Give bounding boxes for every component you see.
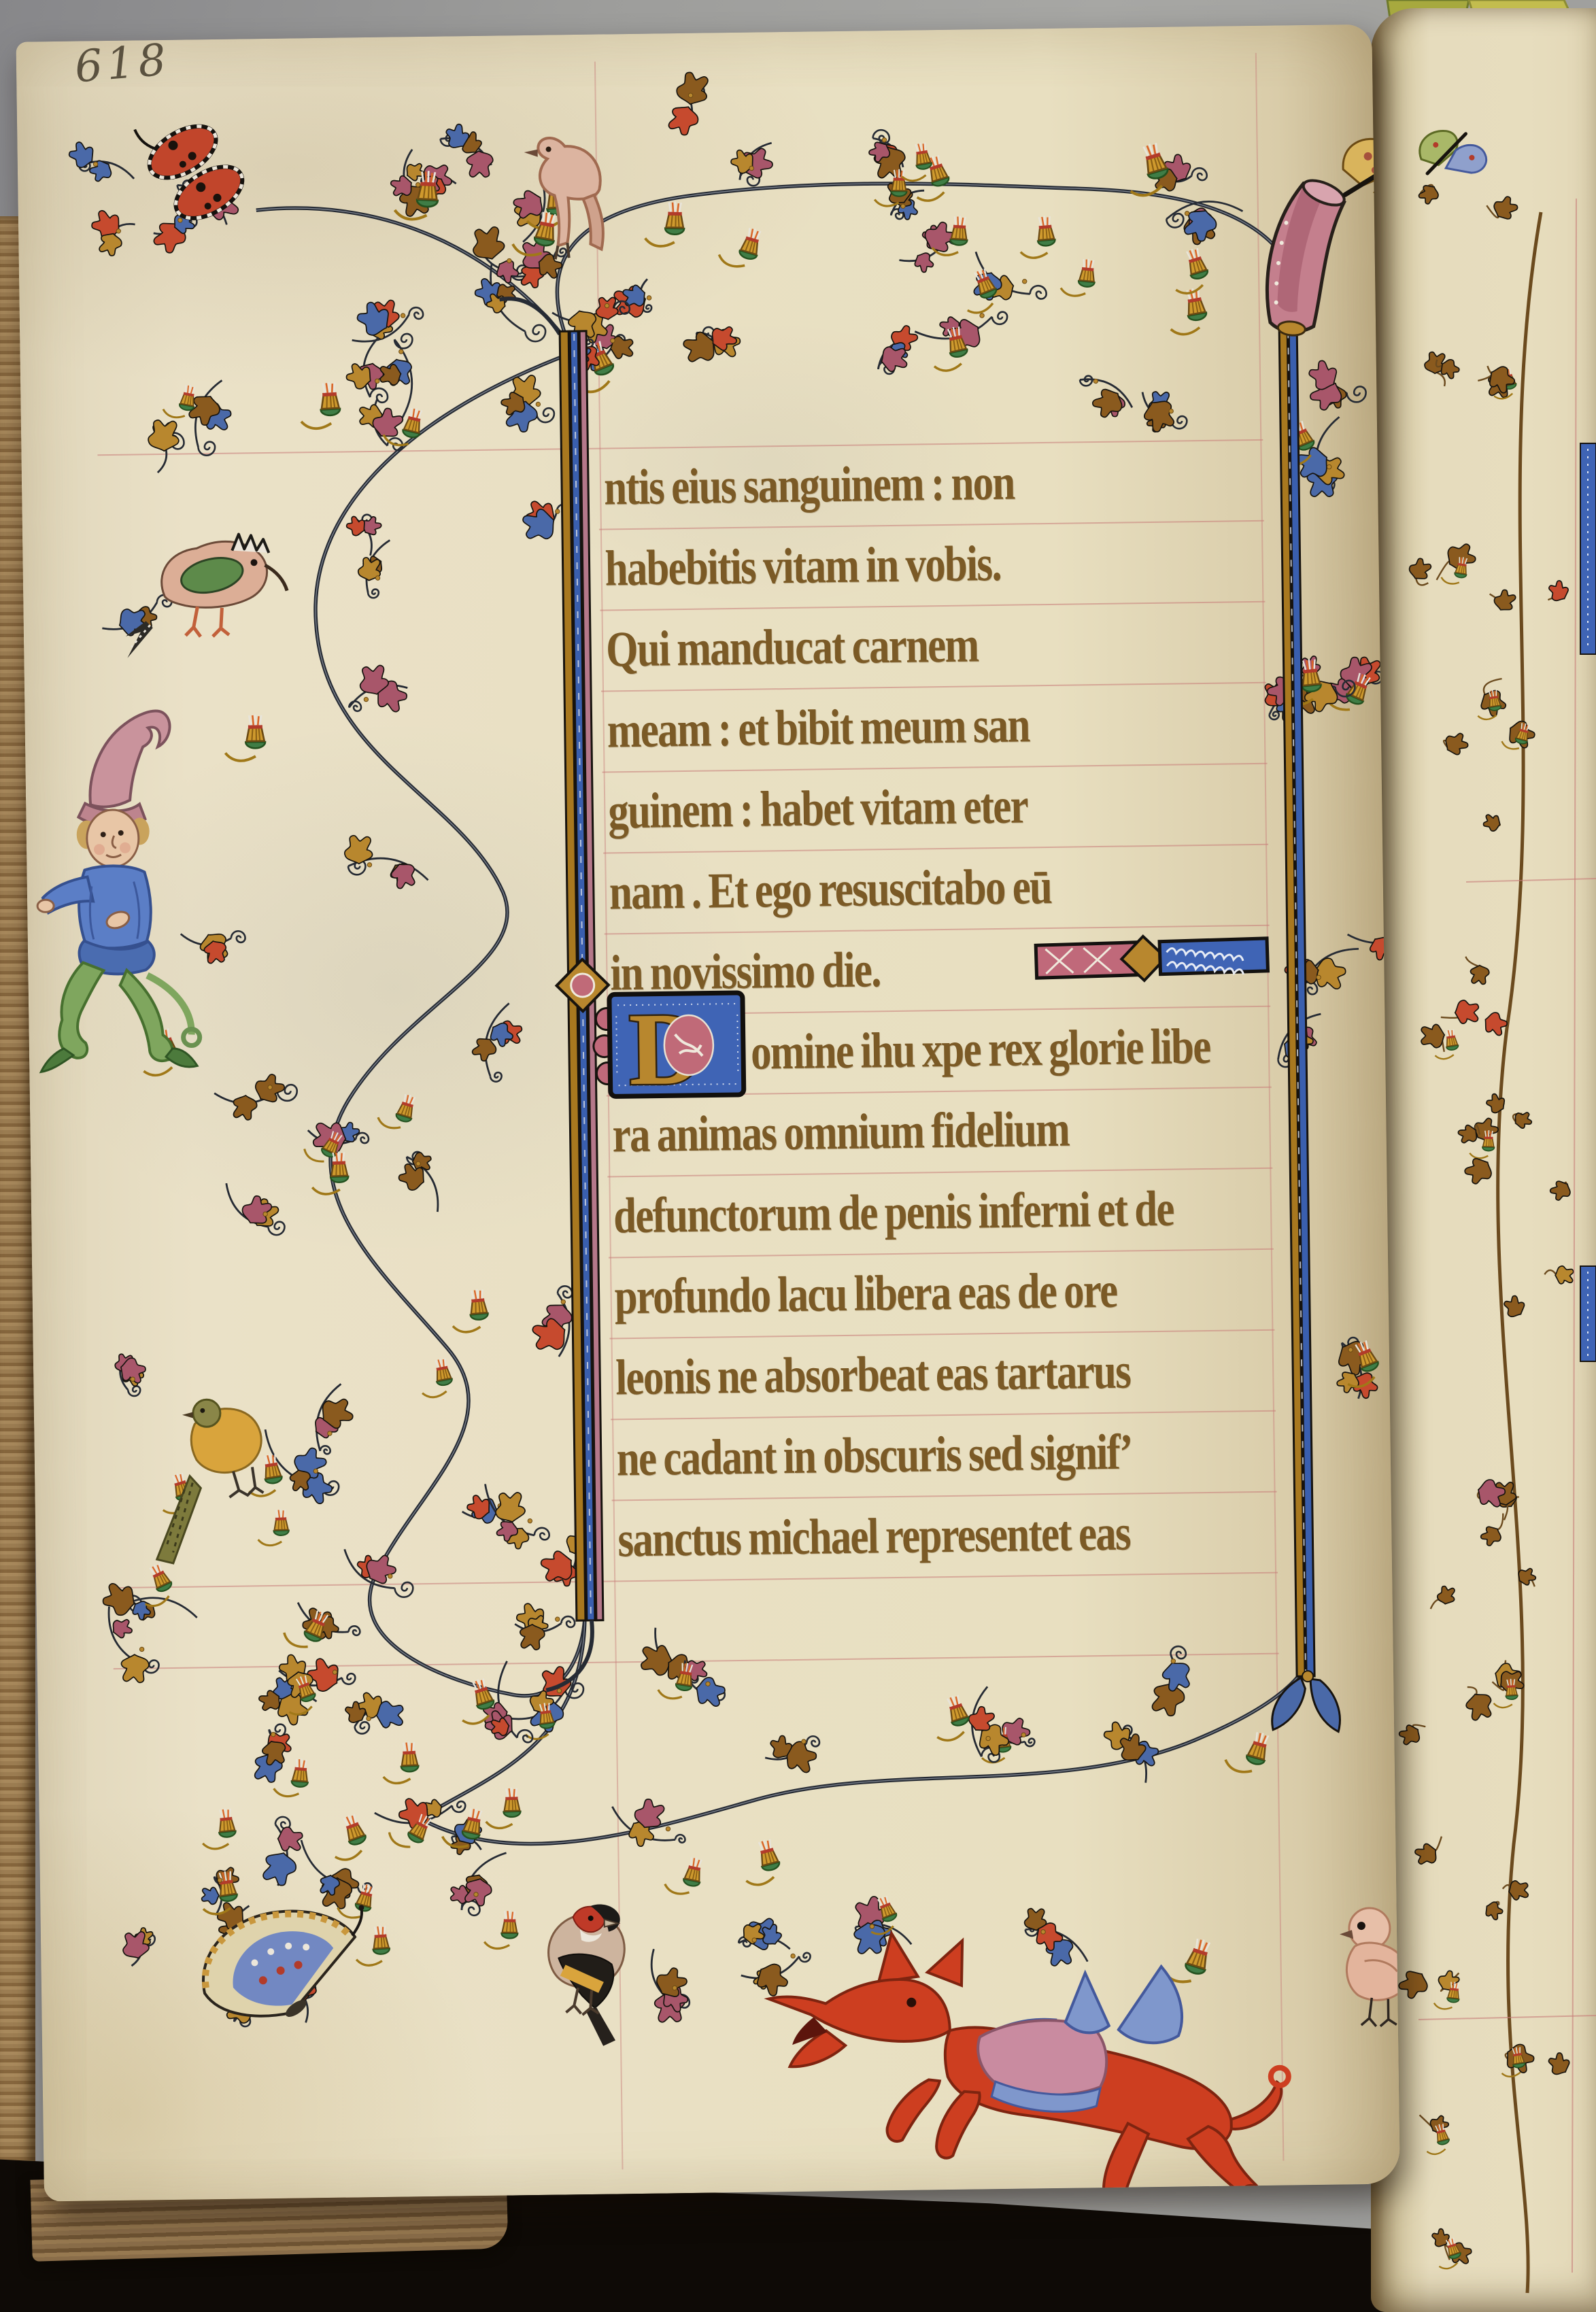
manuscript-page: D 618 ntis eius sanguinem : non habebiti… xyxy=(16,24,1399,2202)
text-line: profundo lacu libera eas de ore xyxy=(614,1248,1278,1338)
butterfly-facing-page-icon xyxy=(1417,125,1488,180)
text-line: ntis eius sanguinem : non xyxy=(603,439,1268,529)
facing-page xyxy=(1371,8,1596,2312)
text-line: defunctorum de penis inferni et de xyxy=(613,1168,1277,1257)
text-line: leonis ne absorbeat eas tartarus xyxy=(615,1329,1279,1419)
text-line: omine ihu xpe rex glorie libe xyxy=(611,1004,1414,1095)
text-line: ne cadant in obscuris sed signifʼ xyxy=(616,1410,1280,1500)
facing-page-ornament xyxy=(1371,8,1596,2312)
text-line: guinem : habet vitam eter xyxy=(608,763,1272,853)
text-line: in novissimo die. xyxy=(610,925,1274,1015)
text-line: meam : et bibit meum san xyxy=(607,682,1271,772)
text-line: ra animas omnium fidelium xyxy=(612,1087,1276,1176)
photograph-backdrop: D 618 ntis eius sanguinem : non habebiti… xyxy=(0,0,1596,2312)
text-line: Qui manducat carnem xyxy=(605,601,1270,691)
text-line: sanctus michael representet eas xyxy=(617,1491,1282,1581)
text-line: habebitis vitam in vobis. xyxy=(605,520,1269,610)
text-block: ntis eius sanguinem : non habebitis vita… xyxy=(16,24,1399,2202)
text-line: nam . Et ego resuscitabo eū xyxy=(609,844,1273,934)
